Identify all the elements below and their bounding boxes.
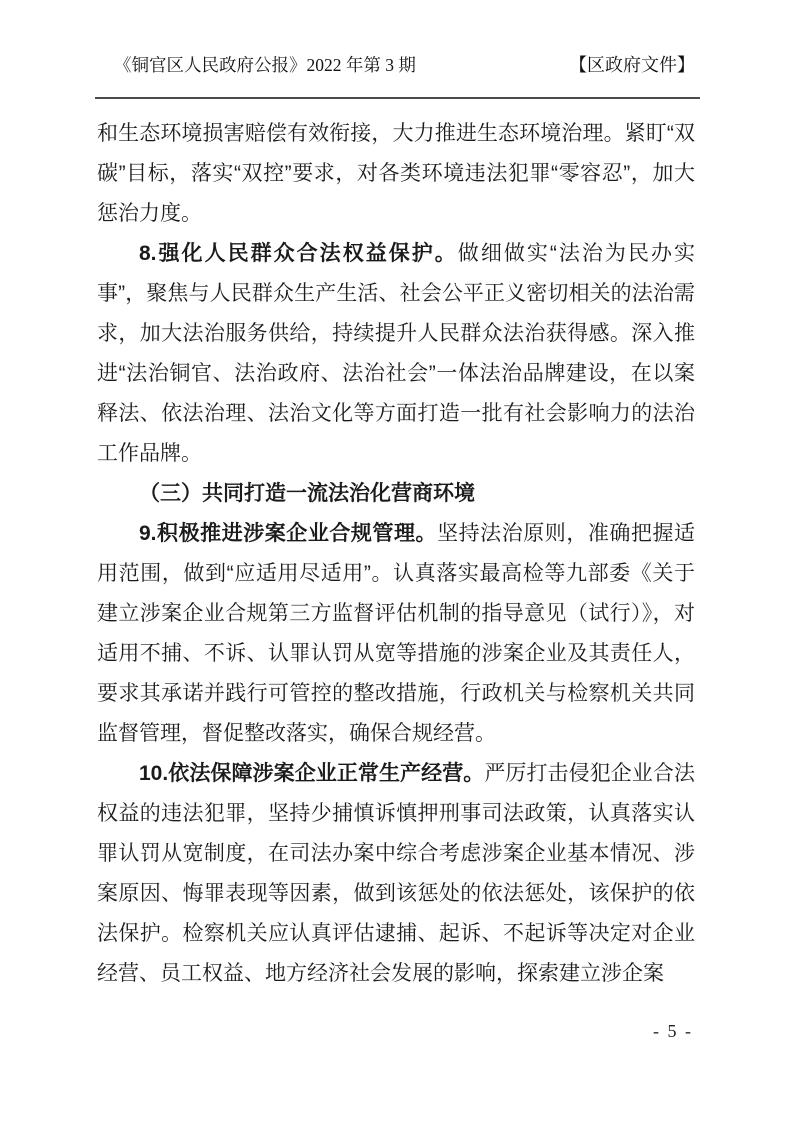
paragraph-continuation: 和生态环境损害赔偿有效衔接，大力推进生态环境治理。紧盯“双碳”目标，落实“双控”… <box>97 114 695 234</box>
gazette-title-issue: 《铜官区人民政府公报》2022 年第 3 期 <box>98 52 416 78</box>
paragraph-text: 坚持法治原则，准确把握适用范围，做到“应适用尽适用”。认真落实最高检等九部委《关… <box>97 522 695 745</box>
header-divider <box>95 97 700 99</box>
paragraph-item-8: 8.强化人民群众合法权益保护。做细做实“法治为民办实事”，聚焦与人民群众生产生活… <box>97 234 695 474</box>
paragraph-item-10: 10.依法保障涉案企业正常生产经营。严厉打击侵犯企业合法权益的违法犯罪，坚持少捕… <box>97 754 695 994</box>
paragraph-text: 和生态环境损害赔偿有效衔接，大力推进生态环境治理。紧盯“双碳”目标，落实“双控”… <box>97 122 695 225</box>
section-heading: （三）共同打造一流法治化营商环境 <box>97 474 695 514</box>
section-category-label: 【区政府文件】 <box>569 52 695 78</box>
paragraph-lead: 9.积极推进涉案企业合规管理。 <box>139 522 437 545</box>
gazette-page: 《铜官区人民政府公报》2022 年第 3 期 【区政府文件】 和生态环境损害赔偿… <box>0 0 793 1122</box>
page-header: 《铜官区人民政府公报》2022 年第 3 期 【区政府文件】 <box>98 52 695 78</box>
paragraph-lead: 8.强化人民群众合法权益保护。 <box>139 242 458 265</box>
paragraph-text: 严厉打击侵犯企业合法权益的违法犯罪，坚持少捕慎诉慎押刑事司法政策，认真落实认罪认… <box>97 762 695 985</box>
page-number: - 5 - <box>653 1021 693 1042</box>
paragraph-item-9: 9.积极推进涉案企业合规管理。坚持法治原则，准确把握适用范围，做到“应适用尽适用… <box>97 514 695 754</box>
paragraph-lead: 10.依法保障涉案企业正常生产经营。 <box>139 762 484 785</box>
paragraph-text: 做细做实“法治为民办实事”，聚焦与人民群众生产生活、社会公平正义密切相关的法治需… <box>97 242 695 465</box>
document-body: 和生态环境损害赔偿有效衔接，大力推进生态环境治理。紧盯“双碳”目标，落实“双控”… <box>97 114 695 994</box>
